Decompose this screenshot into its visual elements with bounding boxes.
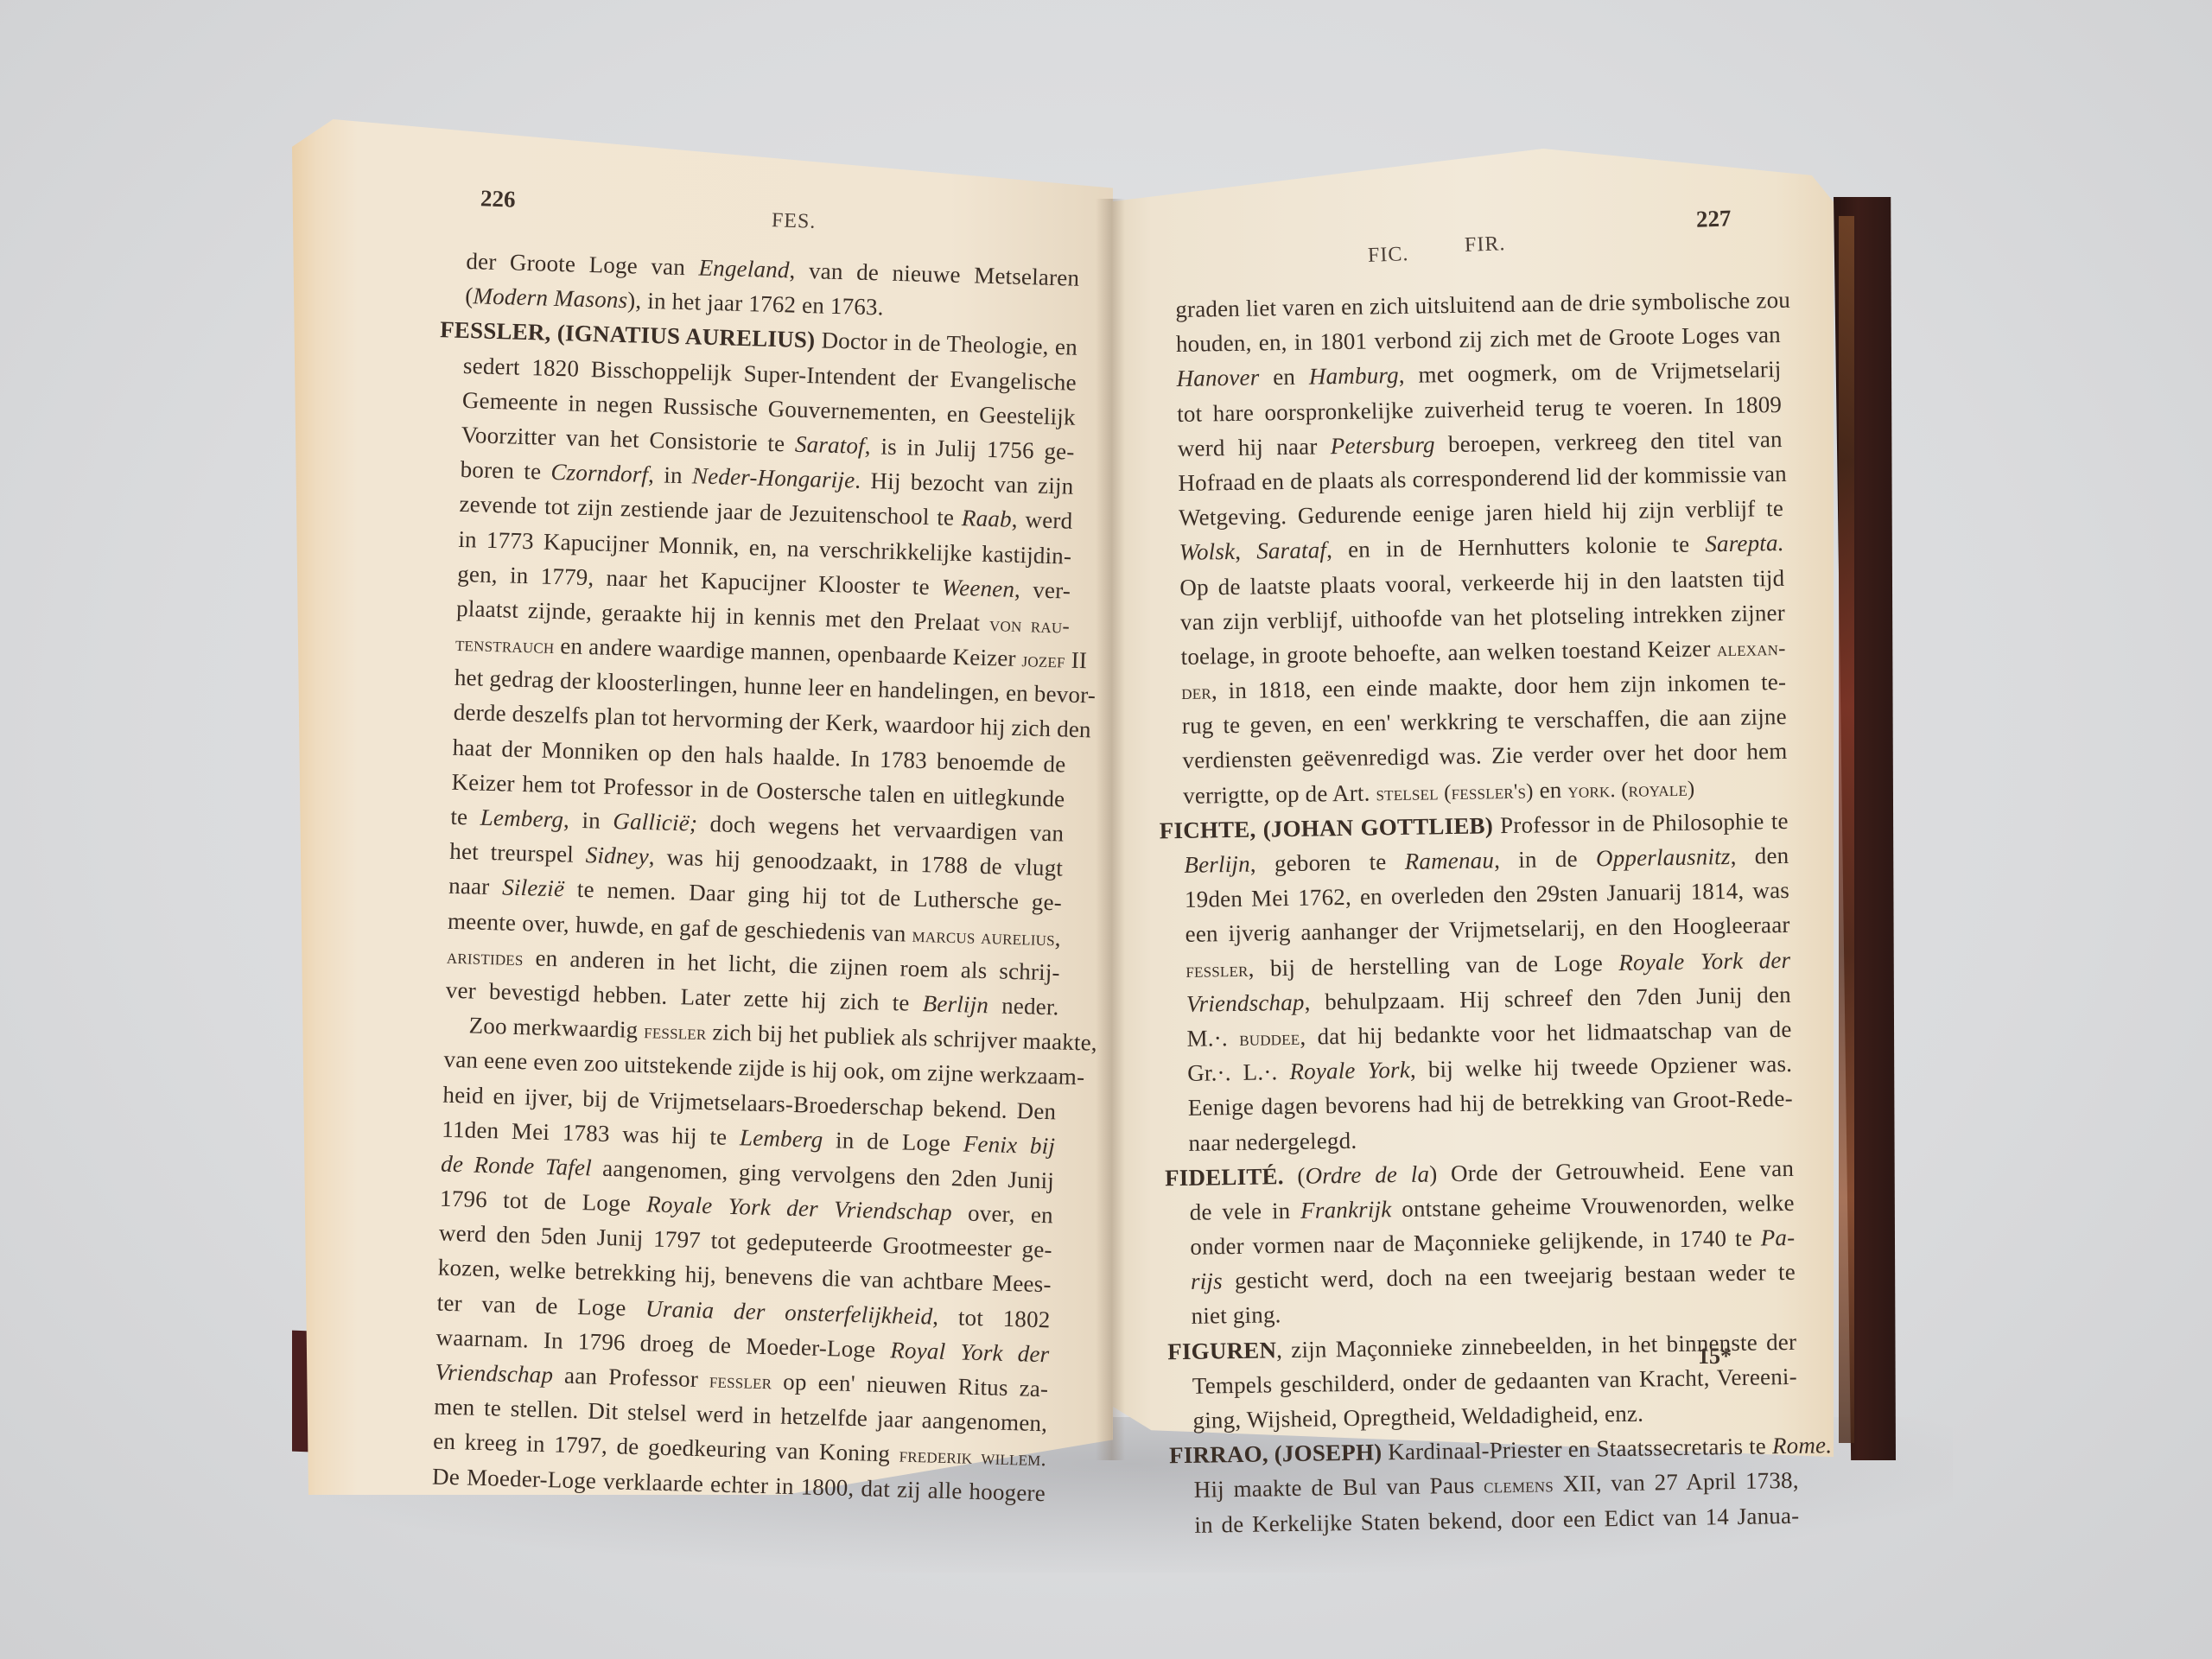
entry-headword: FESSLER, (IGNATIUS AURELIUS) <box>440 317 816 353</box>
small-caps-text: york. (royale) <box>1567 777 1694 802</box>
text-segment: Hij maakte de Bul van Paus <box>1194 1472 1484 1503</box>
left-page-number: 226 <box>480 185 516 213</box>
text-segment: Op de laatste plaats vooral, verkeerde h… <box>1179 564 1784 600</box>
text-segment: , tot 1802 <box>932 1303 1051 1332</box>
italic-text: Ramenau <box>1404 847 1494 874</box>
italic-text: Royal York der <box>890 1337 1050 1367</box>
italic-text: Silezië <box>502 874 565 902</box>
text-segment: van zijn verblijf, uithoofde van het plo… <box>1180 600 1785 635</box>
text-segment: neder. <box>988 992 1059 1020</box>
text-segment: Zoo merkwaardig <box>468 1013 644 1044</box>
entry-headword: FIRRAO, (JOSEPH) <box>1169 1440 1382 1469</box>
italic-text: Hanover <box>1176 365 1259 392</box>
italic-text: Saratof <box>795 431 866 459</box>
text-segment: werd hij naar <box>1178 433 1331 461</box>
text-segment: verdiensten geëvenredigd was. Zie verder… <box>1182 738 1787 773</box>
italic-text: Sidney <box>585 842 649 869</box>
text-segment: naar nedergelegd. <box>1188 1127 1357 1155</box>
italic-text: Czorndorf <box>550 459 649 487</box>
italic-text: Sarataf <box>1256 537 1326 564</box>
italic-text: Urania der onsterfelijkheid <box>645 1295 933 1329</box>
text-segment: , <box>1235 538 1256 564</box>
text-segment: ter van de Loge <box>436 1289 645 1321</box>
text-segment: beroepen, verkreeg den titel van <box>1435 426 1783 457</box>
text-segment: , en in de Hernhutters kolonie te <box>1326 531 1706 563</box>
text-segment: Eenige dagen bevorens had hij de betrekk… <box>1188 1085 1793 1121</box>
text-segment: Hofraad en de plaats als corresponderend… <box>1178 461 1787 496</box>
italic-text: Gallicië; <box>613 808 698 836</box>
italic-text: Royale York der Vriendschap <box>646 1191 952 1225</box>
small-caps-text: alexan- <box>1717 637 1786 661</box>
text-segment: in de Kerkelijke Staten bekend, door een… <box>1194 1502 1799 1537</box>
text-segment: over, en <box>951 1199 1053 1228</box>
book-gutter <box>1096 199 1125 1460</box>
text-segment: , in <box>648 461 693 488</box>
italic-text: Lemberg <box>480 804 563 833</box>
italic-text: Lemberg <box>740 1124 823 1153</box>
italic-text: Frankrijk <box>1300 1196 1392 1224</box>
text-segment: , van de nieuwe Metselaren <box>789 257 1079 290</box>
text-segment: Wetgeving. Gedurende eenige jaren hield … <box>1179 495 1783 531</box>
text-segment: Kardinaal-Priester en Staatssecretaris t… <box>1382 1433 1772 1465</box>
book-marbled-edge <box>1839 216 1854 1443</box>
text-segment: in de Loge <box>823 1127 963 1157</box>
text-segment: doch wegens het vervaardigen van <box>697 810 1065 847</box>
text-segment: en <box>1533 777 1567 804</box>
text-segment: , is in Julij 1756 ge- <box>864 433 1074 465</box>
italic-text: Modern Masons <box>473 283 628 313</box>
italic-text: Wolsk <box>1179 538 1235 565</box>
text-segment: , werd <box>1011 506 1072 534</box>
italic-text: Opperlausnitz <box>1596 843 1731 871</box>
italic-text: Vriendschap <box>1186 989 1305 1017</box>
italic-text: Pa- <box>1760 1224 1795 1251</box>
text-segment: verrigtte, op de Art. <box>1183 779 1376 809</box>
text-segment: , in de <box>1494 845 1596 873</box>
small-caps-text: tenstrauch <box>455 632 555 658</box>
italic-text: de Ronde Tafel <box>441 1150 592 1180</box>
text-segment: en <box>1259 364 1309 391</box>
small-caps-text: fessler <box>709 1369 772 1394</box>
italic-text: Rome. <box>1772 1432 1833 1459</box>
small-caps-text: aristides <box>447 944 524 969</box>
text-segment: niet ging. <box>1191 1302 1281 1330</box>
text-segment: XII, van 27 April 1738, <box>1554 1467 1799 1497</box>
text-segment: , bij de herstelling van de Loge <box>1248 950 1618 982</box>
text-segment: ), in het jaar 1762 en 1763. <box>627 287 884 320</box>
text-segment: , dat hij bedankte voor het lidmaatschap… <box>1300 1016 1792 1050</box>
text-segment: 11den Mei 1783 was hij te <box>442 1116 741 1150</box>
text-segment: rug te geven, en een' werkkring te versc… <box>1182 703 1787 739</box>
italic-text: rijs <box>1191 1268 1223 1295</box>
entry-headword: FIGUREN <box>1167 1337 1276 1364</box>
italic-text: Royale York der <box>1618 946 1790 975</box>
entry-headword: FICHTE, (JOHAN GOTTLIEB) <box>1160 812 1494 843</box>
text-segment: , bij welke hij tweede Opziener was. <box>1410 1051 1793 1083</box>
text-segment: toelage, in groote behoefte, aan welken … <box>1180 635 1717 670</box>
text-segment: ) Orde der Getrouwheid. Eene van <box>1429 1155 1794 1187</box>
italic-text: Hamburg <box>1309 362 1399 390</box>
small-caps-text: clemens <box>1484 1474 1554 1498</box>
right-page-number: 227 <box>1695 205 1732 232</box>
text-segment: een ijverig aanhanger der Vrijmetselarij… <box>1185 912 1789 947</box>
text-segment: te <box>450 804 480 830</box>
italic-text: Fenix bij <box>963 1130 1055 1159</box>
italic-text: Weenen <box>942 574 1015 601</box>
small-caps-text: fessler <box>644 1020 707 1045</box>
italic-text: Ordre de la <box>1305 1160 1429 1188</box>
small-caps-text: frederik willem. <box>899 1444 1046 1471</box>
entry-headword: FIDELITÉ. <box>1165 1163 1284 1191</box>
right-running-head-right: FIR. <box>1465 232 1506 257</box>
text-segment: houden, en, in 1801 verbond zij zich met… <box>1176 321 1781 357</box>
text-segment: boren te <box>460 456 551 485</box>
italic-text: Petersburg <box>1331 431 1435 459</box>
signature-mark: 15* <box>1698 1344 1732 1370</box>
italic-text: Sarepta. <box>1705 530 1784 556</box>
text-segment: M.·. <box>1186 1025 1239 1052</box>
italic-text: Berlijn <box>1184 851 1250 878</box>
small-caps-text: marcus aurelius <box>912 923 1055 950</box>
text-segment: ontstane geheime Vrouwenorden, welke <box>1391 1190 1795 1222</box>
text-segment: graden liet varen en zich uitsluitend aa… <box>1175 287 1790 322</box>
italic-text: Royale York <box>1289 1057 1410 1084</box>
left-running-head: FES. <box>772 209 817 234</box>
text-segment: Gr.·. L.·. <box>1187 1058 1290 1086</box>
text-segment: ( <box>1283 1162 1305 1188</box>
small-caps-text: stelsel (fessler's) <box>1376 779 1534 805</box>
italic-text: Engeland <box>698 255 790 283</box>
text-segment: 19den Mei 1762, en overleden den 29sten … <box>1185 877 1789 912</box>
italic-text: Vriendschap <box>435 1358 553 1388</box>
small-caps-text: fessler <box>1185 957 1249 982</box>
small-caps-text: buddee <box>1239 1027 1300 1051</box>
text-segment: Professor in de Philosophie te <box>1493 808 1789 838</box>
text-segment: naar <box>448 873 503 900</box>
text-segment: , in 1818, een einde maakte, door hem zi… <box>1211 669 1787 703</box>
italic-text: Raab <box>962 505 1013 532</box>
text-segment: . Hij bezocht van zijn <box>855 467 1074 499</box>
small-caps-text: von rau- <box>989 613 1071 639</box>
text-segment: Doctor in de Theologie, en <box>815 327 1077 360</box>
text-segment: tot hare oorspronkelijke zuiverheid teru… <box>1177 391 1782 427</box>
italic-text: Neder-Hongarije <box>692 463 855 493</box>
text-segment: , ver- <box>1014 576 1071 604</box>
text-segment: gesticht werd, doch na een tweejarig bes… <box>1223 1259 1796 1294</box>
right-running-head-left: FIC. <box>1368 243 1409 268</box>
text-segment: Voorzitter van het Consistorie te <box>461 422 795 457</box>
small-caps-text: jozef <box>1021 648 1065 672</box>
text-segment: het treurspel <box>449 838 586 868</box>
text-segment: onder vormen naar de Maçonnieke gelijken… <box>1190 1225 1761 1260</box>
text-segment: aan Professor <box>553 1362 710 1392</box>
text-segment: de vele in <box>1189 1198 1300 1225</box>
italic-text: Berlijn <box>922 990 988 1018</box>
small-caps-text: der <box>1181 680 1211 704</box>
text-segment: , den <box>1730 842 1789 869</box>
text-segment: , geboren te <box>1250 849 1405 877</box>
text-segment: , <box>1054 925 1061 950</box>
left-page-text: der Groote Loge van Engeland, van de nie… <box>432 244 1080 1510</box>
text-segment: , behulpzaam. Hij schreef den 7den Junij… <box>1304 982 1791 1015</box>
text-segment: , in <box>563 806 613 834</box>
text-segment: ging, Wijsheid, Opregtheid, Weldadigheid… <box>1192 1401 1643 1433</box>
text-segment: op een' nieuwen Ritus za- <box>772 1368 1049 1402</box>
text-segment: der Groote Loge van <box>466 248 699 281</box>
text-segment: 1796 tot de Loge <box>440 1185 647 1217</box>
text-segment: II <box>1065 647 1087 674</box>
text-segment: , met oogmerk, om de Vrijmetselarij <box>1399 356 1782 388</box>
